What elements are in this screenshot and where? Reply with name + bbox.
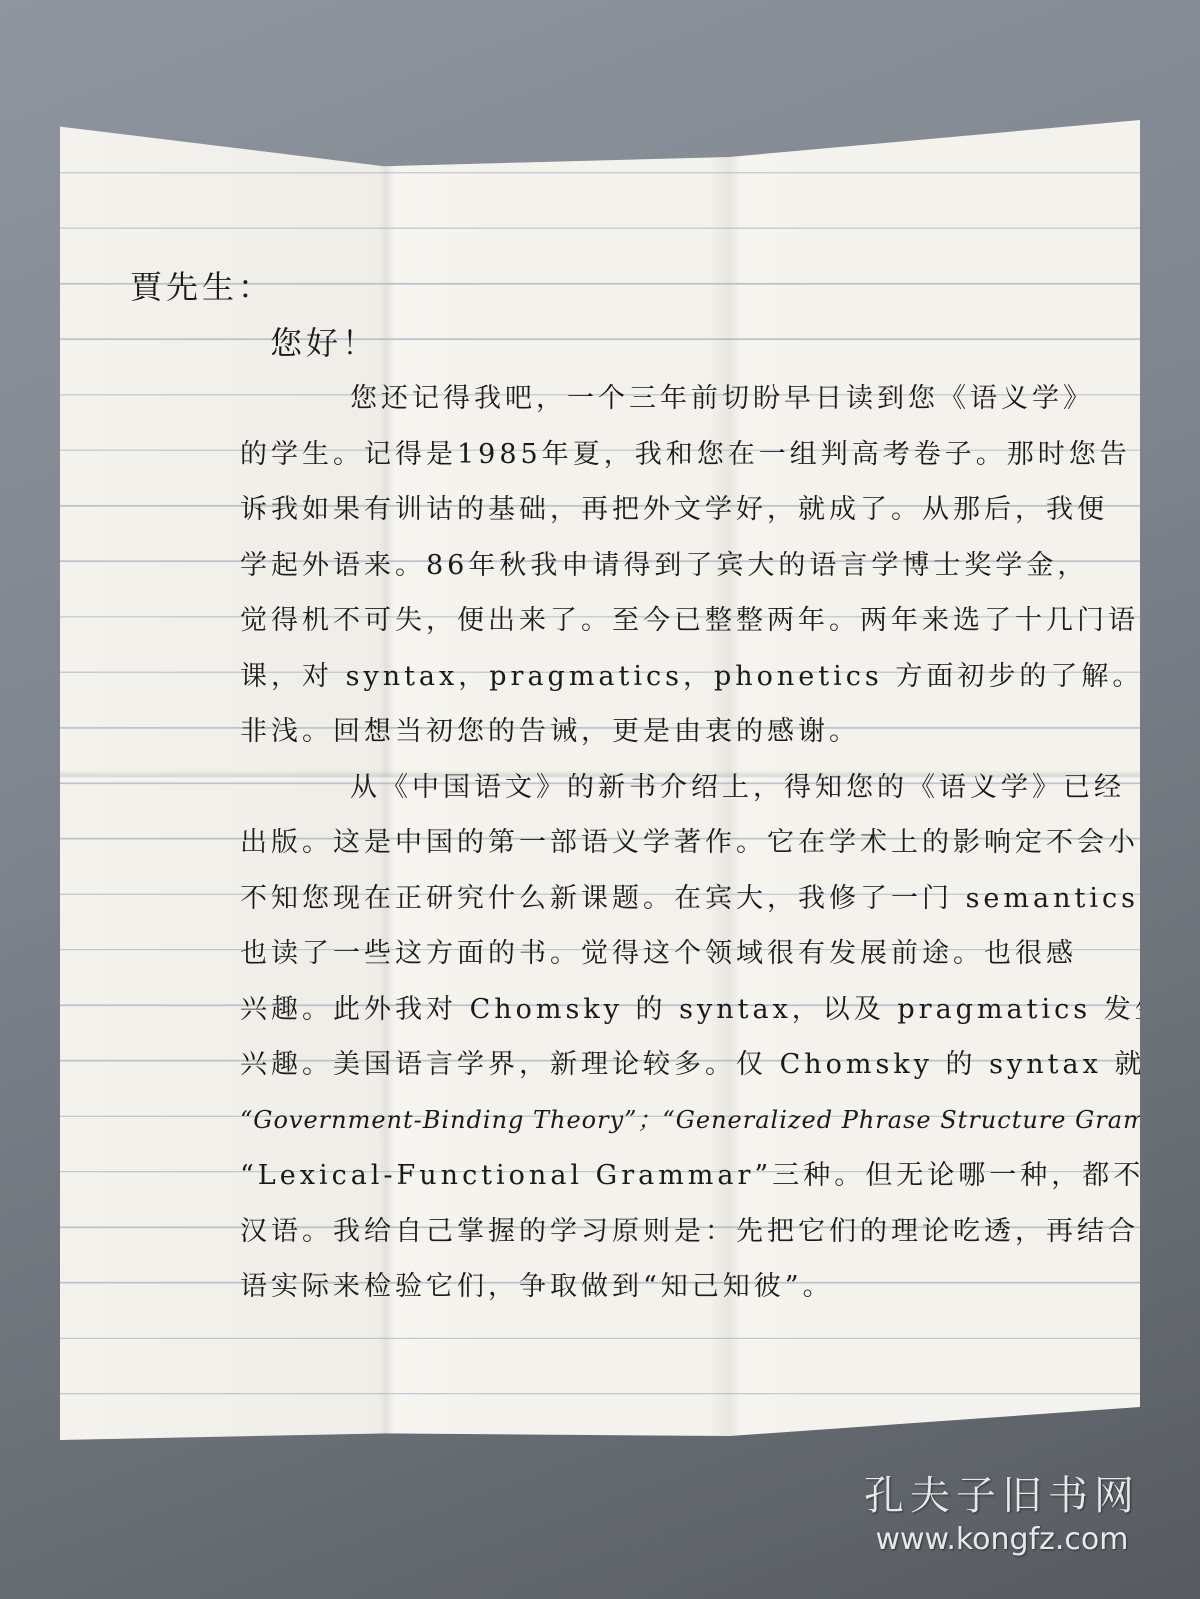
text-line: 您还记得我吧，一个三年前切盼早日读到您《语义学》 [130,371,1090,427]
watermark-site-name: 孔夫子旧书网 [864,1471,1140,1521]
letter-paper: 賈先生： 您好！ 您还记得我吧，一个三年前切盼早日读到您《语义学》 的学生。记得… [60,120,1140,1440]
text-line: “Lexical-Functional Grammar”三种。但无论哪一种，都不… [130,1148,1090,1204]
text-line: 从《中国语文》的新书介绍上，得知您的《语义学》已经 [130,760,1090,816]
paragraph-2: 从《中国语文》的新书介绍上，得知您的《语义学》已经 出版。这是中国的第一部语义学… [130,760,1090,1315]
text-line: 兴趣。美国语言学界，新理论较多。仅 Chomsky 的 syntax 就已发展出 [130,1037,1090,1093]
paragraph-1: 您还记得我吧，一个三年前切盼早日读到您《语义学》 的学生。记得是1985年夏，我… [130,371,1090,760]
text-line: 课，对 syntax，pragmatics，phonetics 方面初步的了解。… [130,649,1090,705]
text-line: 也读了一些这方面的书。觉得这个领域很有发展前途。也很感 [130,926,1090,982]
text-line: 觉得机不可失，便出来了。至今已整整两年。两年来选了十几门语言 [130,593,1090,649]
greeting: 您好！ [270,316,1090,372]
watermark-url: www.kongfz.com [864,1521,1140,1559]
salutation: 賈先生： [130,260,1090,316]
text-line: 出版。这是中国的第一部语义学著作。它在学术上的影响定不会小。 [130,815,1090,871]
text-line: “Government-Binding Theory”；“Generalized… [130,1093,1090,1149]
text-line: 非浅。回想当初您的告诫，更是由衷的感谢。 [130,704,1090,760]
watermark: 孔夫子旧书网 www.kongfz.com [864,1471,1140,1559]
text-line: 的学生。记得是1985年夏，我和您在一组判高考卷子。那时您告 [130,427,1090,483]
text-line: 诉我如果有训诂的基础，再把外文学好，就成了。从那后，我便 [130,482,1090,538]
text-line: 兴趣。此外我对 Chomsky 的 syntax，以及 pragmatics 发… [130,982,1090,1038]
text-line: 学起外语来。86年秋我申请得到了宾大的语言学博士奖学金， [130,538,1090,594]
text-line: 汉语。我给自己掌握的学习原则是：先把它们的理论吃透，再结合汉 [130,1204,1090,1260]
handwritten-letter: 賈先生： 您好！ 您还记得我吧，一个三年前切盼早日读到您《语义学》 的学生。记得… [130,260,1090,1315]
text-line: 不知您现在正研究什么新课题。在宾大，我修了一门 semantics， [130,871,1090,927]
text-line: 语实际来检验它们，争取做到“知己知彼”。 [130,1259,1090,1315]
